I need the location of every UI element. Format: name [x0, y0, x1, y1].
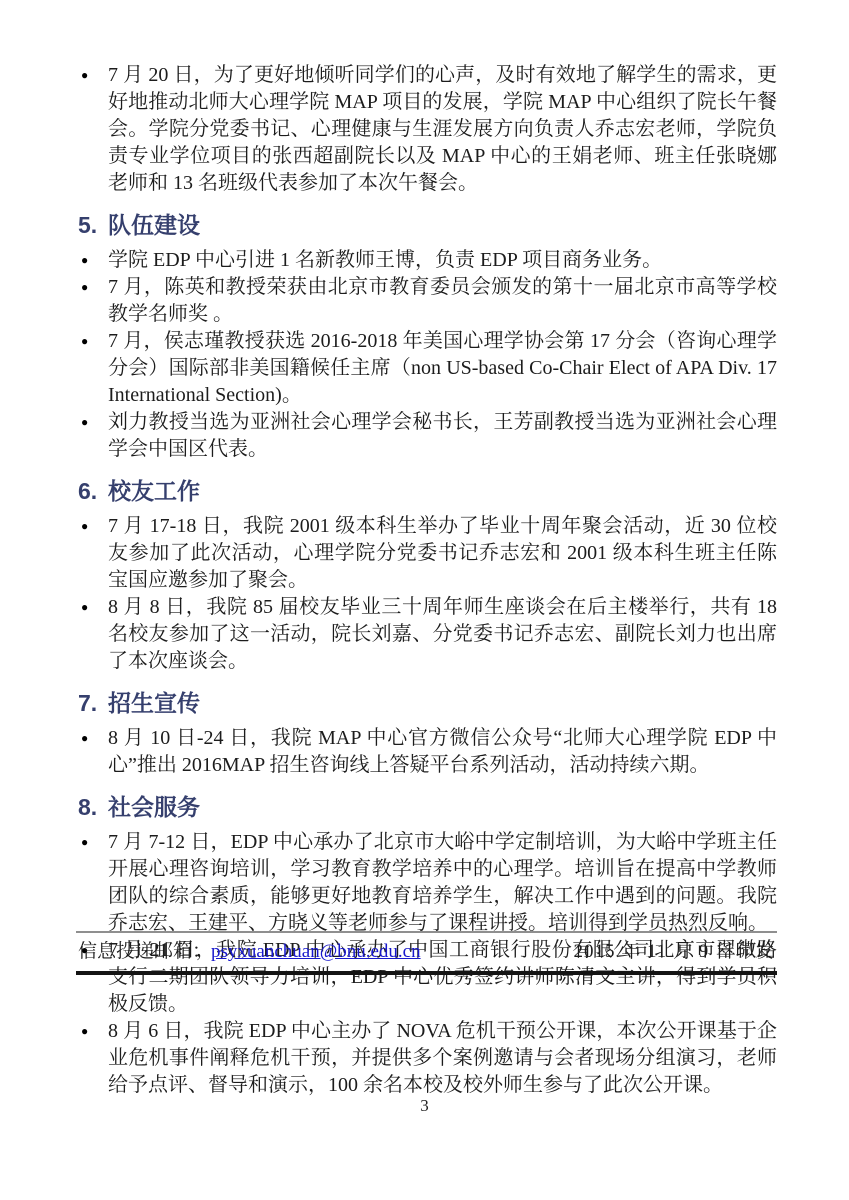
bullet-item: ● 学院 EDP 中心引进 1 名新教师王博，负责 EDP 项目商务业务。	[78, 247, 777, 274]
section-number: 7.	[78, 688, 108, 718]
section-number: 8.	[78, 792, 108, 822]
bullet-text: 7 月，陈英和教授荣获由北京市教育委员会颁发的第十一届北京市高等学校教学名师奖 …	[108, 274, 777, 328]
bullet-text: 8 月 6 日，我院 EDP 中心主办了 NOVA 危机干预公开课，本次公开课基…	[108, 1018, 777, 1099]
page-number: 3	[0, 1096, 849, 1116]
bullet-icon: ●	[78, 274, 108, 328]
bullet-icon: ●	[78, 725, 108, 779]
bullet-item: ● 8 月 8 日，我院 85 届校友毕业三十周年师生座谈会在后主楼举行，共有 …	[78, 594, 777, 675]
bullet-item: ● 7 月，陈英和教授荣获由北京市教育委员会颁发的第十一届北京市高等学校教学名师…	[78, 274, 777, 328]
section-title: 队伍建设	[108, 210, 777, 240]
section-title: 校友工作	[108, 476, 777, 506]
section-heading-social-service: 8. 社会服务	[78, 792, 777, 822]
bullet-text: 8 月 10 日-24 日，我院 MAP 中心官方微信公众号“北师大心理学院 E…	[108, 725, 777, 779]
section-number: 5.	[78, 210, 108, 240]
document-page: ● 7 月 20 日，为了更好地倾听同学们的心声，及时有效地了解学生的需求，更好…	[0, 0, 849, 1200]
section-title: 招生宣传	[108, 688, 777, 718]
bullet-text: 7 月 17-18 日，我院 2001 级本科生举办了毕业十周年聚会活动，近 3…	[108, 513, 777, 594]
footer-email-label: 信息投递邮箱：	[78, 941, 211, 962]
bullet-text: 8 月 8 日，我院 85 届校友毕业三十周年师生座谈会在后主楼举行，共有 18…	[108, 594, 777, 675]
bullet-item: ● 7 月 20 日，为了更好地倾听同学们的心声，及时有效地了解学生的需求，更好…	[78, 62, 777, 197]
bullet-text: 学院 EDP 中心引进 1 名新教师王博，负责 EDP 项目商务业务。	[108, 247, 777, 274]
bullet-icon: ●	[78, 513, 108, 594]
footer-contact: 信息投递邮箱：psyxuanchuan@bnu.edu.cn	[78, 940, 421, 964]
footer-divider-thick	[76, 971, 777, 975]
section-title: 社会服务	[108, 792, 777, 822]
bullet-text: 7 月，侯志瑾教授获选 2016-2018 年美国心理学协会第 17 分会（咨询…	[108, 328, 777, 409]
bullet-icon: ●	[78, 328, 108, 409]
page-footer: 信息投递邮箱：psyxuanchuan@bnu.edu.cn 2015 年 11…	[76, 931, 777, 975]
bullet-text: 7 月 7-12 日，EDP 中心承办了北京市大峪中学定制培训，为大峪中学班主任…	[108, 829, 777, 937]
bullet-text: 7 月 20 日，为了更好地倾听同学们的心声，及时有效地了解学生的需求，更好地推…	[108, 62, 777, 197]
bullet-item: ● 刘力教授当选为亚洲社会心理学会秘书长，王芳副教授当选为亚洲社会心理学会中国区…	[78, 409, 777, 463]
bullet-item: ● 7 月，侯志瑾教授获选 2016-2018 年美国心理学协会第 17 分会（…	[78, 328, 777, 409]
bullet-icon: ●	[78, 1018, 108, 1099]
bullet-item: ● 7 月 7-12 日，EDP 中心承办了北京市大峪中学定制培训，为大峪中学班…	[78, 829, 777, 937]
bullet-icon: ●	[78, 247, 108, 274]
bullet-icon: ●	[78, 829, 108, 937]
bullet-icon: ●	[78, 594, 108, 675]
section-heading-alumni-work: 6. 校友工作	[78, 476, 777, 506]
bullet-item: ● 8 月 10 日-24 日，我院 MAP 中心官方微信公众号“北师大心理学院…	[78, 725, 777, 779]
footer-row: 信息投递邮箱：psyxuanchuan@bnu.edu.cn 2015 年 11…	[76, 933, 777, 971]
bullet-icon: ●	[78, 62, 108, 197]
section-heading-team-building: 5. 队伍建设	[78, 210, 777, 240]
footer-print-date: 2015 年 11 月 9 日印发	[573, 940, 775, 964]
bullet-item: ● 8 月 6 日，我院 EDP 中心主办了 NOVA 危机干预公开课，本次公开…	[78, 1018, 777, 1099]
section-number: 6.	[78, 476, 108, 506]
bullet-text: 刘力教授当选为亚洲社会心理学会秘书长，王芳副教授当选为亚洲社会心理学会中国区代表…	[108, 409, 777, 463]
bullet-icon: ●	[78, 409, 108, 463]
bullet-item: ● 7 月 17-18 日，我院 2001 级本科生举办了毕业十周年聚会活动，近…	[78, 513, 777, 594]
footer-email-link[interactable]: psyxuanchuan@bnu.edu.cn	[211, 941, 421, 962]
section-heading-admissions-publicity: 7. 招生宣传	[78, 688, 777, 718]
